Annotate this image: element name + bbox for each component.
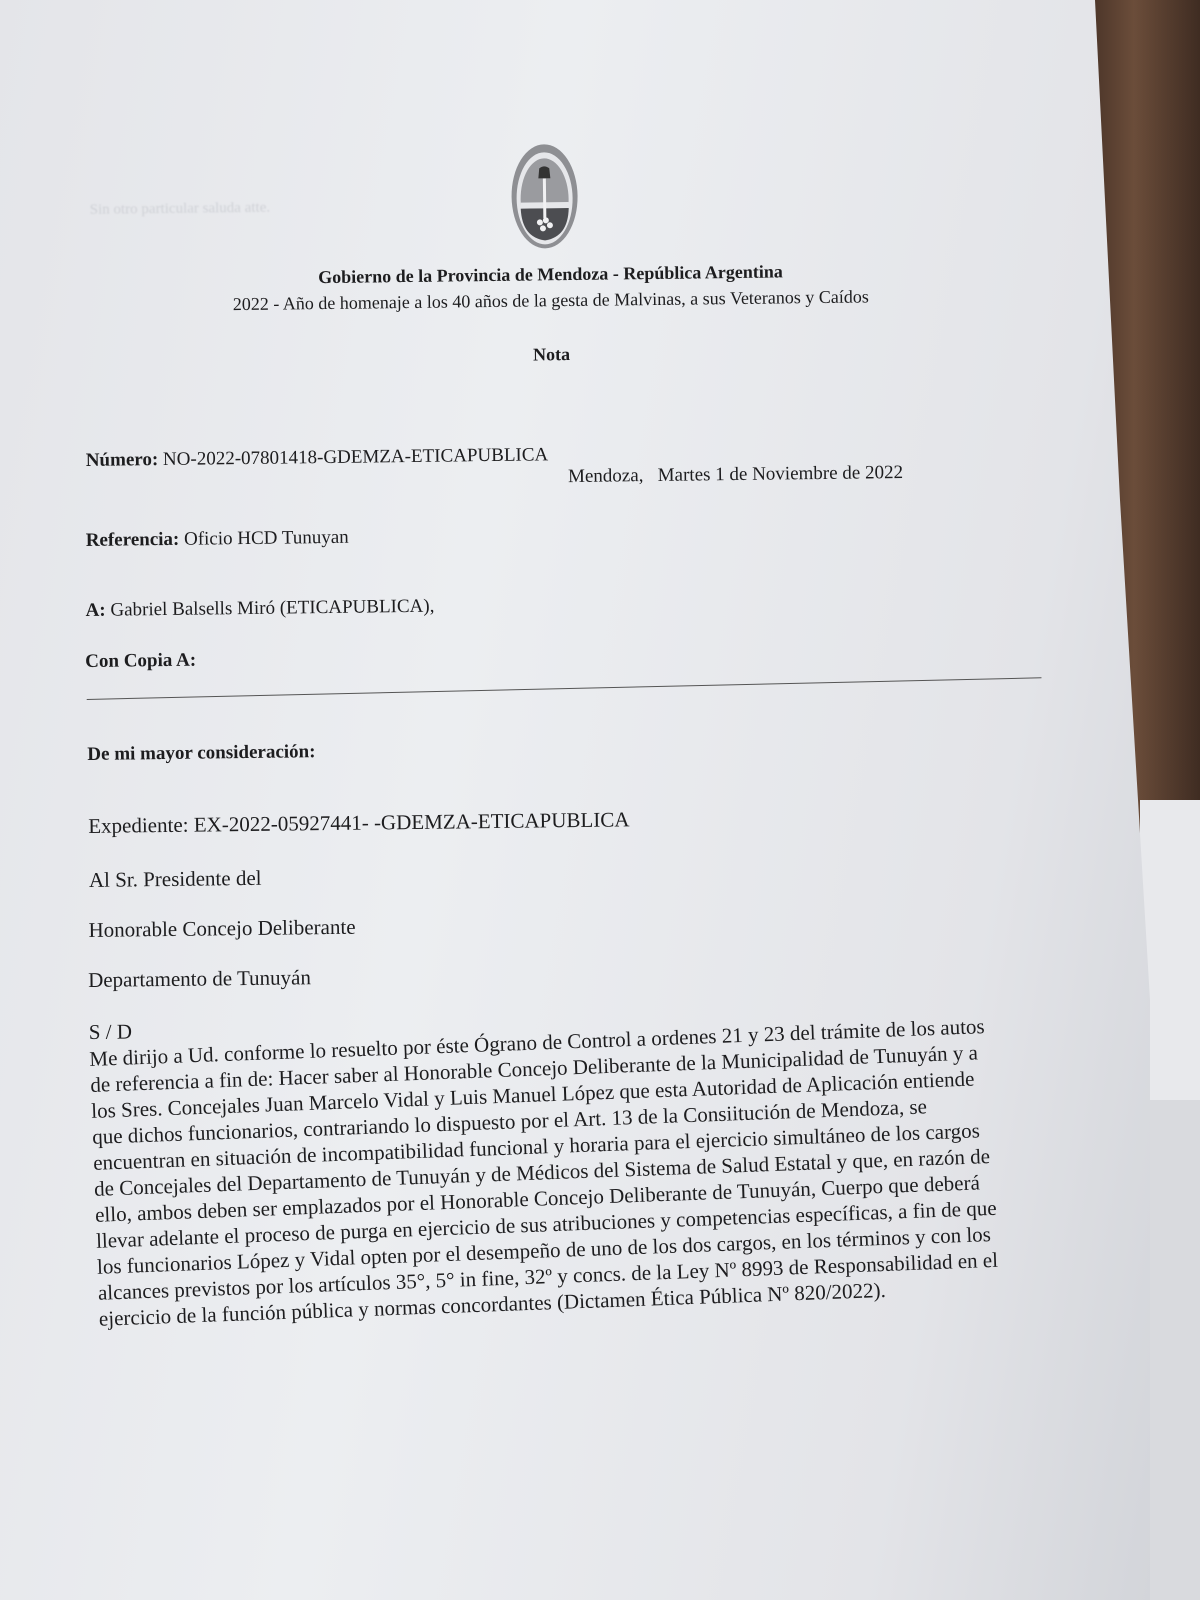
place: Mendoza, [568, 465, 644, 487]
address-line: Departamento de Tunuyán [88, 965, 311, 993]
copia-label: Con Copia A: [85, 650, 196, 673]
date: Martes 1 de Noviembre de 2022 [658, 462, 904, 486]
address-line: S / D [89, 1019, 132, 1045]
address-line: Honorable Concejo Deliberante [88, 915, 355, 943]
document-type: Nota [0, 337, 1107, 372]
separator-line [87, 677, 1042, 700]
referencia-value: Oficio HCD Tunuyan [184, 527, 349, 550]
expediente: Expediente: EX-2022-05927441- -GDEMZA-ET… [88, 807, 630, 839]
background-paper [1150, 1100, 1200, 1600]
salutation: De mi mayor consideración: [87, 741, 315, 766]
mendoza-crest-icon [509, 142, 580, 251]
referencia-line: Referencia: Oficio HCD Tunuyan [86, 527, 349, 552]
numero-line: Número: NO-2022-07801418-GDEMZA-ETICAPUB… [86, 444, 549, 472]
recipient-label: A: [85, 600, 105, 621]
recipient-value: Gabriel Balsells Miró (ETICAPUBLICA), [110, 596, 434, 621]
document-page: Sin otro particular saluda atte. Gobiern… [0, 0, 1150, 1600]
numero-label: Número: [86, 449, 159, 471]
numero-value: NO-2022-07801418-GDEMZA-ETICAPUBLICA [163, 444, 548, 470]
body-paragraph: Me dirijo a Ud. conforme lo resuelto por… [89, 1007, 1159, 1332]
referencia-label: Referencia: [86, 529, 180, 551]
bleed-through-text: Sin otro particular saluda atte. [90, 200, 271, 219]
recipient-line: A: Gabriel Balsells Miró (ETICAPUBLICA), [85, 596, 434, 622]
date-line: Mendoza, Martes 1 de Noviembre de 2022 [568, 462, 903, 488]
address-line: Al Sr. Presidente del [89, 866, 262, 893]
